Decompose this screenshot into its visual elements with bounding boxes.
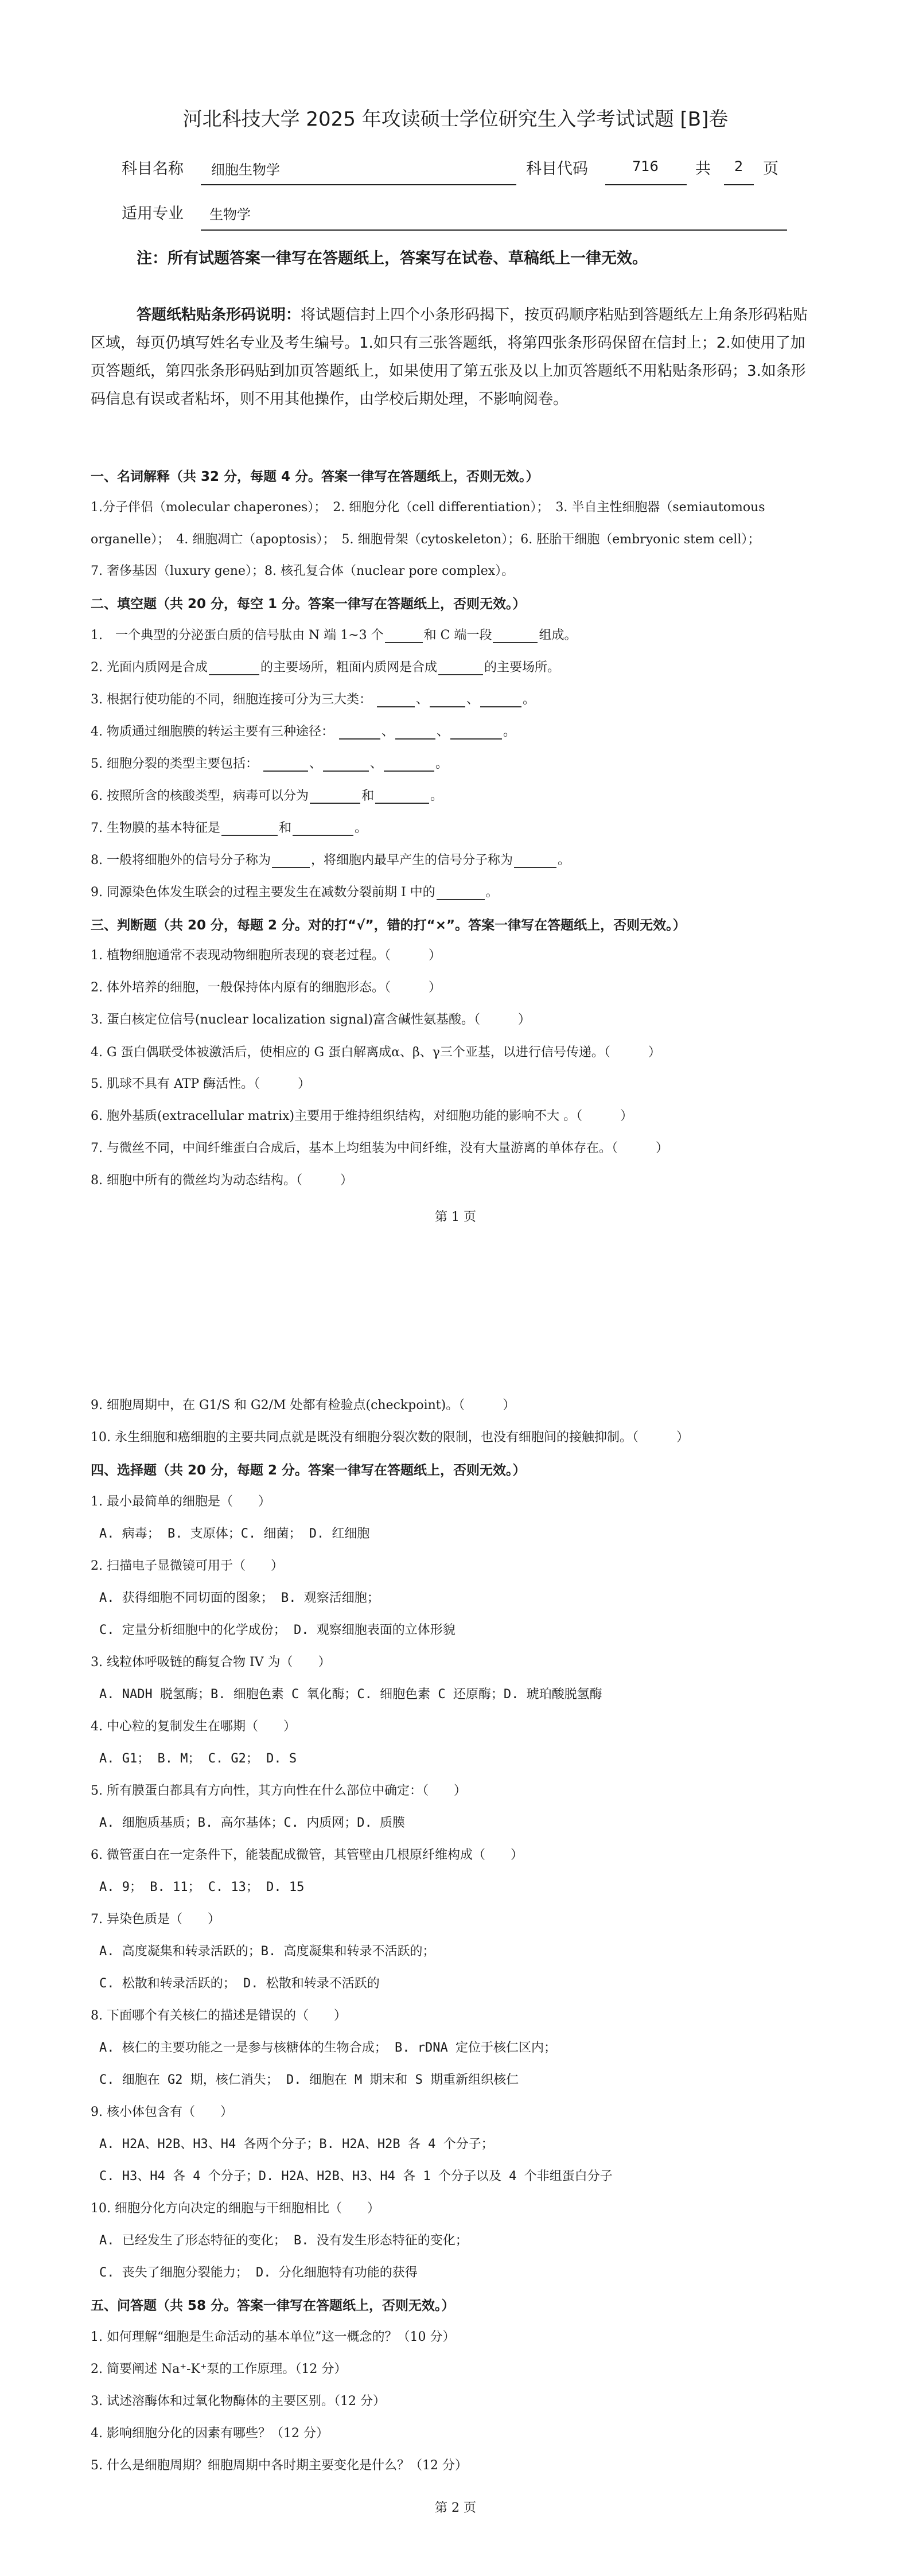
fill-blank[interactable]: [339, 726, 380, 740]
fill-question-2: 2. 光面内质网是合成的主要场所，粗面内质网是合成的主要场所。: [91, 657, 560, 675]
fill-blank[interactable]: [375, 790, 429, 804]
judge-item-6: 6. 胞外基质(extracellular matrix)主要用于维持组织结构，…: [91, 1106, 633, 1124]
fill-q6-text-b: 和: [361, 789, 374, 803]
separator: 、: [309, 757, 322, 771]
period: 。: [435, 757, 448, 771]
total-pages-underline: [724, 184, 754, 185]
fill-blank[interactable]: [221, 822, 278, 836]
separator: 、: [370, 757, 383, 771]
essay-question-3: 3. 试述溶酶体和过氧化物酶体的主要区别。（12 分）: [91, 2391, 386, 2409]
judge-item-1: 1. 植物细胞通常不表现动物细胞所表现的衰老过程。（ ）: [91, 945, 441, 963]
fill-question-7: 7. 生物膜的基本特征是和。: [91, 818, 367, 836]
choice-options-7a: A. 高度凝集和转录活跃的；B. 高度凝集和转录不活跃的；: [99, 1941, 435, 1959]
judge-item-3: 3. 蛋白核定位信号(nuclear localization signal)富…: [91, 1010, 531, 1028]
choice-question-4: 4. 中心粒的复制发生在哪期（ ）: [91, 1717, 296, 1734]
subject-name-underline: [201, 184, 516, 185]
fill-question-1: 1. 一个典型的分泌蛋白质的信号肽由 N 端 1~3 个和 C 端一段组成。: [91, 625, 577, 643]
section2-heading: 二、填空题（共 20 分，每空 1 分。答案一律写在答题纸上，否则无效。）: [91, 593, 526, 612]
judge-item-2: 2. 体外培养的细胞，一般保持体内原有的细胞形态。（ ）: [91, 978, 441, 995]
major-underline: [201, 229, 787, 231]
choice-options-4: A. G1； B. M； C. G2； D. S: [99, 1749, 297, 1766]
section4-heading: 四、选择题（共 20 分，每题 2 分。答案一律写在答题纸上，否则无效。）: [91, 1460, 526, 1478]
choice-question-2: 2. 扫描电子显微镜可用于（ ）: [91, 1556, 283, 1574]
choice-options-5: A. 细胞质基质；B. 高尔基体；C. 内质网；D. 质膜: [99, 1813, 405, 1831]
fill-blank[interactable]: [263, 758, 308, 772]
fill-question-4: 4. 物质通过细胞膜的转运主要有三种途径： 、、。: [91, 722, 516, 740]
choice-options-8a: A. 核仁的主要功能之一是参与核糖体的生物合成； B. rDNA 定位于核仁区内…: [99, 2038, 556, 2056]
page-1-label: 第 1 页: [0, 1207, 911, 1225]
page-2-label: 第 2 页: [0, 2498, 911, 2516]
choice-options-3: A. NADH 脱氢酶；B. 细胞色素 C 氧化酶；C. 细胞色素 C 还原酶；…: [99, 1684, 602, 1702]
choice-question-10: 10. 细胞分化方向决定的细胞与干细胞相比（ ）: [91, 2198, 380, 2216]
fill-question-6: 6. 按照所含的核酸类型，病毒可以分为和。: [91, 786, 443, 804]
choice-question-3: 3. 线粒体呼吸链的酶复合物 IV 为（ ）: [91, 1652, 331, 1670]
choice-options-9a: A. H2A、H2B、H3、H4 各两个分子；B. H2A、H2B 各 4 个分…: [99, 2134, 494, 2152]
subject-code-underline: [605, 184, 687, 185]
page-unit-label: 页: [763, 156, 778, 178]
period: 。: [355, 821, 367, 835]
choice-options-8b: C. 细胞在 G2 期，核仁消失； D. 细胞在 M 期末和 S 期重新组织核仁: [99, 2070, 519, 2088]
judge-item-8: 8. 细胞中所有的微丝均为动态结构。（ ）: [91, 1170, 353, 1188]
choice-question-5: 5. 所有膜蛋白都具有方向性，其方向性在什么部位中确定：（ ）: [91, 1781, 466, 1799]
section5-heading: 五、问答题（共 58 分。答案一律写在答题纸上，否则无效。）: [91, 2295, 455, 2314]
fill-q4-text: 4. 物质通过细胞膜的转运主要有三种途径：: [91, 725, 334, 739]
choice-options-2b: C. 定量分析细胞中的化学成份； D. 观察细胞表面的立体形貌: [99, 1620, 455, 1638]
choice-question-7: 7. 异染色质是（ ）: [91, 1909, 220, 1927]
fill-q8-text: 8. 一般将细胞外的信号分子称为: [91, 853, 271, 867]
choice-options-7b: C. 松散和转录活跃的； D. 松散和转录不活跃的: [99, 1974, 380, 1991]
fill-blank[interactable]: [493, 629, 538, 643]
choice-options-10b: C. 丧失了细胞分裂能力； D. 分化细胞特有功能的获得: [99, 2263, 418, 2281]
fill-question-8: 8. 一般将细胞外的信号分子称为，将细胞内最早产生的信号分子称为。: [91, 850, 570, 868]
fill-q7-text-b: 和: [279, 821, 291, 835]
judge-item-4: 4. G 蛋白偶联受体被激活后，使相应的 G 蛋白解离成α、β、γ三个亚基，以进…: [91, 1042, 661, 1060]
fill-q9-text: 9. 同源染色体发生联会的过程主要发生在减数分裂前期 I 中的: [91, 885, 435, 900]
essay-question-4: 4. 影响细胞分化的因素有哪些？（12 分）: [91, 2423, 329, 2441]
section1-line-1: 1.分子伴侣（molecular chaperones）； 2. 细胞分化（ce…: [91, 497, 765, 515]
fill-blank[interactable]: [514, 854, 556, 868]
fill-q2-text-c: 的主要场所。: [484, 660, 560, 675]
fill-blank[interactable]: [450, 726, 502, 740]
fill-blank[interactable]: [480, 694, 521, 707]
exam-title: 河北科技大学 2025 年攻读硕士学位研究生入学考试试题 [B]卷: [0, 103, 911, 131]
fill-blank[interactable]: [438, 661, 483, 675]
separator: 、: [381, 725, 394, 739]
subject-name-value: 细胞生物学: [211, 158, 280, 178]
fill-q1-text-a: 1. 一个典型的分泌蛋白质的信号肽由 N 端 1~3 个: [91, 628, 384, 643]
subject-code-value: 716: [632, 158, 659, 174]
fill-q7-text: 7. 生物膜的基本特征是: [91, 821, 220, 835]
fill-q5-text: 5. 细胞分裂的类型主要包括：: [91, 757, 258, 771]
fill-q2-text-b: 的主要场所，粗面内质网是合成: [260, 660, 437, 675]
choice-question-8: 8. 下面哪个有关核仁的描述是错误的（ ）: [91, 2006, 347, 2024]
choice-options-2a: A. 获得细胞不同切面的图象； B. 观察活细胞；: [99, 1588, 380, 1606]
barcode-instructions: 答题纸粘贴条形码说明：将试题信封上四个小条形码揭下，按页码顺序粘贴到答题纸左上角…: [91, 301, 815, 414]
total-label: 共: [695, 156, 711, 178]
barcode-instructions-label: 答题纸粘贴条形码说明：: [137, 306, 301, 324]
choice-options-10a: A. 已经发生了形态特征的变化； B. 没有发生形态特征的变化；: [99, 2231, 468, 2248]
judge-item-7: 7. 与微丝不同，中间纤维蛋白合成后，基本上均组装为中间纤维，没有大量游离的单体…: [91, 1138, 668, 1156]
fill-blank[interactable]: [385, 629, 423, 643]
choice-options-9b: C. H3、H4 各 4 个分子；D. H2A、H2B、H3、H4 各 1 个分…: [99, 2166, 613, 2184]
major-label: 适用专业: [122, 201, 184, 223]
fill-blank[interactable]: [437, 886, 485, 900]
separator: 、: [416, 692, 429, 707]
period: 。: [523, 692, 535, 707]
separator: 、: [466, 692, 479, 707]
fill-blank[interactable]: [310, 790, 360, 804]
choice-question-1: 1. 最小最简单的细胞是（ ）: [91, 1492, 271, 1509]
fill-blank[interactable]: [272, 854, 310, 868]
exam-note: 注：所有试题答案一律写在答题纸上，答案写在试卷、草稿纸上一律无效。: [137, 246, 648, 268]
period: 。: [503, 725, 516, 739]
period: 。: [558, 853, 570, 867]
fill-blank[interactable]: [293, 822, 353, 836]
section3-heading: 三、判断题（共 20 分，每题 2 分。对的打“√”，错的打“×”。答案一律写在…: [91, 915, 686, 933]
fill-blank[interactable]: [323, 758, 369, 772]
subject-name-label: 科目名称: [122, 156, 184, 178]
fill-blank[interactable]: [395, 726, 435, 740]
separator: 、: [437, 725, 449, 739]
fill-q2-text-a: 2. 光面内质网是合成: [91, 660, 208, 675]
choice-question-6: 6. 微管蛋白在一定条件下，能装配成微管，其管壁由几根原纤维构成（ ）: [91, 1845, 523, 1863]
section1-line-2: organelle）； 4. 细胞凋亡（apoptosis）； 5. 细胞骨架（…: [91, 530, 760, 547]
fill-q8-text-b: ，将细胞内最早产生的信号分子称为: [311, 853, 513, 867]
subject-code-label: 科目代码: [526, 156, 588, 178]
fill-blank[interactable]: [384, 758, 434, 772]
fill-blank[interactable]: [209, 661, 259, 675]
section1-heading: 一、名词解释（共 32 分，每题 4 分。答案一律写在答题纸上，否则无效。）: [91, 466, 539, 485]
fill-q1-text-c: 组成。: [539, 628, 577, 643]
major-value: 生物学: [209, 203, 251, 223]
section1-line-3: 7. 奢侈基因（luxury gene）；8. 核孔复合体（nuclear po…: [91, 561, 514, 579]
essay-question-1: 1. 如何理解“细胞是生命活动的基本单位”这一概念的？（10 分）: [91, 2327, 455, 2345]
judge-item-5: 5. 肌球不具有 ATP 酶活性。（ ）: [91, 1074, 310, 1092]
fill-question-3: 3. 根据行使功能的不同，细胞连接可分为三大类： 、、。: [91, 690, 535, 707]
choice-options-1: A. 病毒； B. 支原体；C. 细菌； D. 红细胞: [99, 1524, 369, 1542]
fill-question-5: 5. 细胞分裂的类型主要包括： 、、。: [91, 754, 448, 772]
fill-question-9: 9. 同源染色体发生联会的过程主要发生在减数分裂前期 I 中的。: [91, 882, 499, 900]
fill-blank[interactable]: [430, 694, 465, 707]
fill-q1-text-b: 和 C 端一段: [424, 628, 492, 643]
fill-blank[interactable]: [377, 694, 415, 707]
judge-item-10: 10. 永生细胞和癌细胞的主要共同点就是既没有细胞分裂次数的限制，也没有细胞间的…: [91, 1427, 689, 1445]
choice-options-6: A. 9； B. 11； C. 13； D. 15: [99, 1877, 304, 1895]
choice-question-9: 9. 核小体包含有（ ）: [91, 2102, 233, 2120]
period: 。: [486, 885, 499, 900]
judge-item-9: 9. 细胞周期中，在 G1/S 和 G2/M 处都有检验点(checkpoint…: [91, 1395, 515, 1413]
essay-question-2: 2. 简要阐述 Na⁺-K⁺泵的工作原理。（12 分）: [91, 2359, 347, 2377]
total-pages-value: 2: [734, 158, 743, 174]
fill-q3-text: 3. 根据行使功能的不同，细胞连接可分为三大类：: [91, 692, 372, 707]
essay-question-5: 5. 什么是细胞周期？细胞周期中各时期主要变化是什么？（12 分）: [91, 2456, 468, 2473]
period: 。: [430, 789, 443, 803]
fill-q6-text: 6. 按照所含的核酸类型，病毒可以分为: [91, 789, 309, 803]
